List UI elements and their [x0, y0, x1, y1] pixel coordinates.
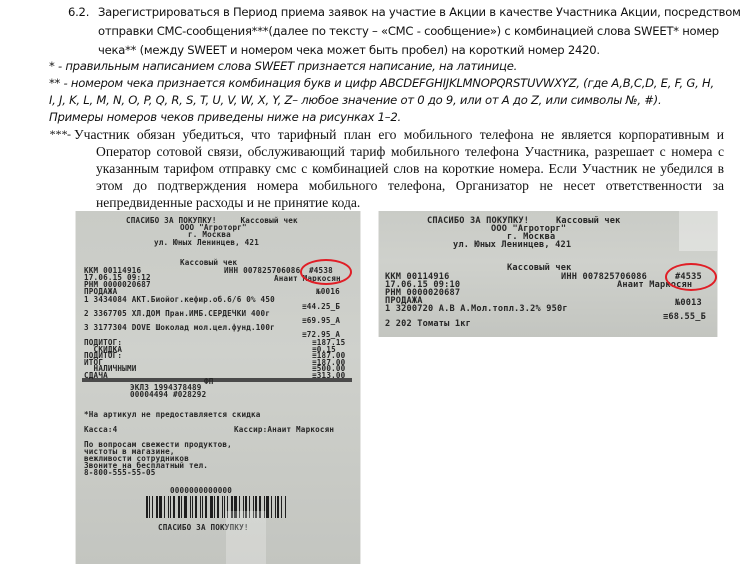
- footnote-1-text: - правильным написанием слова SWEET приз…: [55, 59, 517, 73]
- footnote-3-line-1: Участник обязан убедиться, что тарифный …: [74, 126, 724, 143]
- barcode-bar: [146, 496, 148, 518]
- check-number-highlight-circle: [665, 263, 717, 291]
- barcode-bar: [271, 496, 272, 518]
- receipt-figure-2: СПАСИБО ЗА ПОКУПКУ! Кассовый чек ООО "Аг…: [378, 211, 718, 337]
- barcode-bar: [149, 496, 150, 518]
- barcode-bar: [202, 496, 203, 518]
- barcode-bar: [159, 496, 162, 518]
- receipt-item-line: 2 3367705 ХЛ.ДОМ Пран.ИМБ.СЕРДЕЧКИ 400г: [84, 310, 270, 318]
- clause-line-2: отправки СМС-сообщения***(далее по текст…: [98, 23, 724, 40]
- barcode-bar: [168, 496, 169, 518]
- footnote-2-line-3: Примеры номеров чеков приведены ниже на …: [49, 109, 401, 126]
- check-number-highlight-circle: [300, 259, 352, 285]
- barcode-bar: [205, 496, 207, 518]
- barcode-bar: [200, 496, 201, 518]
- receipt-item-price: ≡69.95_А: [302, 317, 340, 325]
- barcode-bar: [192, 496, 193, 518]
- footnote-1: * - правильным написанием слова SWEET пр…: [49, 58, 517, 75]
- receipt-fp-mark: ФП: [204, 378, 214, 386]
- receipt-1-kassa: Касса:4: [84, 426, 117, 434]
- barcode-bar: [214, 496, 215, 518]
- footnote-2-line-2: I, J, K, L, M, N, O, P, Q, R, S, T, U, V…: [49, 92, 661, 109]
- barcode-bar: [217, 496, 219, 518]
- receipt-total-label: СДАЧА: [84, 372, 108, 380]
- receipt-total-value: ≡313.00: [312, 372, 345, 380]
- receipt-item-price: ≡44.25_Б: [302, 303, 340, 311]
- barcode-bar: [164, 496, 165, 518]
- barcode-bar: [222, 496, 223, 518]
- footnote-3-line-2: Оператор сотовой связи, обслуживающий та…: [96, 143, 724, 160]
- barcode-bar: [224, 496, 225, 518]
- footnote-2-line-1: ** - номером чека признается комбинация …: [49, 75, 714, 92]
- receipt-2-doc-no: №0013: [675, 299, 702, 308]
- barcode-bar: [184, 496, 187, 518]
- barcode-bar: [281, 496, 282, 518]
- barcode-bar: [277, 496, 279, 518]
- barcode-bar: [285, 496, 286, 518]
- barcode-bar: [181, 496, 182, 518]
- receipt-1-eklz-2: 00004494 #028292: [130, 391, 206, 399]
- paper-crease: [226, 511, 266, 564]
- clause-number: 6.2.: [68, 4, 89, 21]
- receipt-1-barcode-number: 0000000000000: [170, 487, 232, 495]
- footnote-3-line-5: непредвиденные расходы и не принятие код…: [96, 194, 360, 211]
- receipt-item-line: 1 3434084 АКТ.Биойог.кефир.об.6/6 0% 450: [84, 296, 275, 304]
- barcode-bar: [266, 496, 269, 518]
- receipt-1-note: *На артикул не предоставляется скидка: [84, 411, 261, 419]
- footnote-3-marker: ***-: [49, 126, 71, 143]
- paper-glare: [679, 211, 717, 251]
- receipt-1-doc-no: №0016: [316, 288, 340, 296]
- footnote-2-marker: **: [49, 76, 60, 90]
- barcode-bar: [210, 496, 213, 518]
- receipt-item-price: ≡68.55_Б: [663, 313, 706, 322]
- barcode-bar: [195, 496, 197, 518]
- barcode-bar: [170, 496, 171, 518]
- receipt-item-line: 1 3200720 А.В А.Мол.топл.3.2% 950г: [385, 305, 568, 314]
- barcode-bar: [152, 496, 153, 518]
- receipt-1-feedback-5: 8-800-555-55-05: [84, 469, 156, 477]
- receipt-1-cashier: Кассир:Анаит Маркосян: [234, 426, 334, 434]
- receipt-item-line: 3 3177304 DOVE Шоколад мол.цел.фунд.100г: [84, 324, 275, 332]
- barcode-bar: [275, 496, 276, 518]
- receipt-2-header-4: ул. Юных Ленинцев, 421: [453, 241, 571, 250]
- barcode-bar: [190, 496, 191, 518]
- footnote-3-line-3: указанным тарифом отправку смс с комбина…: [96, 160, 724, 177]
- clause-line-1: Зарегистрироваться в Период приема заяво…: [98, 4, 724, 21]
- receipt-figure-1: СПАСИБО ЗА ПОКУПКУ! Кассовый чек ООО "Аг…: [75, 211, 361, 564]
- barcode-bar: [173, 496, 175, 518]
- receipt-item-line: 2 202 Томаты 1кг: [385, 320, 471, 329]
- barcode-bar: [156, 496, 158, 518]
- receipt-1-header-4: ул. Юных Ленинцев, 421: [154, 239, 259, 247]
- barcode-bar: [178, 496, 180, 518]
- clause-line-3: чека** (между SWEET и номером чека может…: [98, 42, 600, 59]
- footnote-3-line-4: этом до подтверждения номера мобильного …: [96, 177, 724, 194]
